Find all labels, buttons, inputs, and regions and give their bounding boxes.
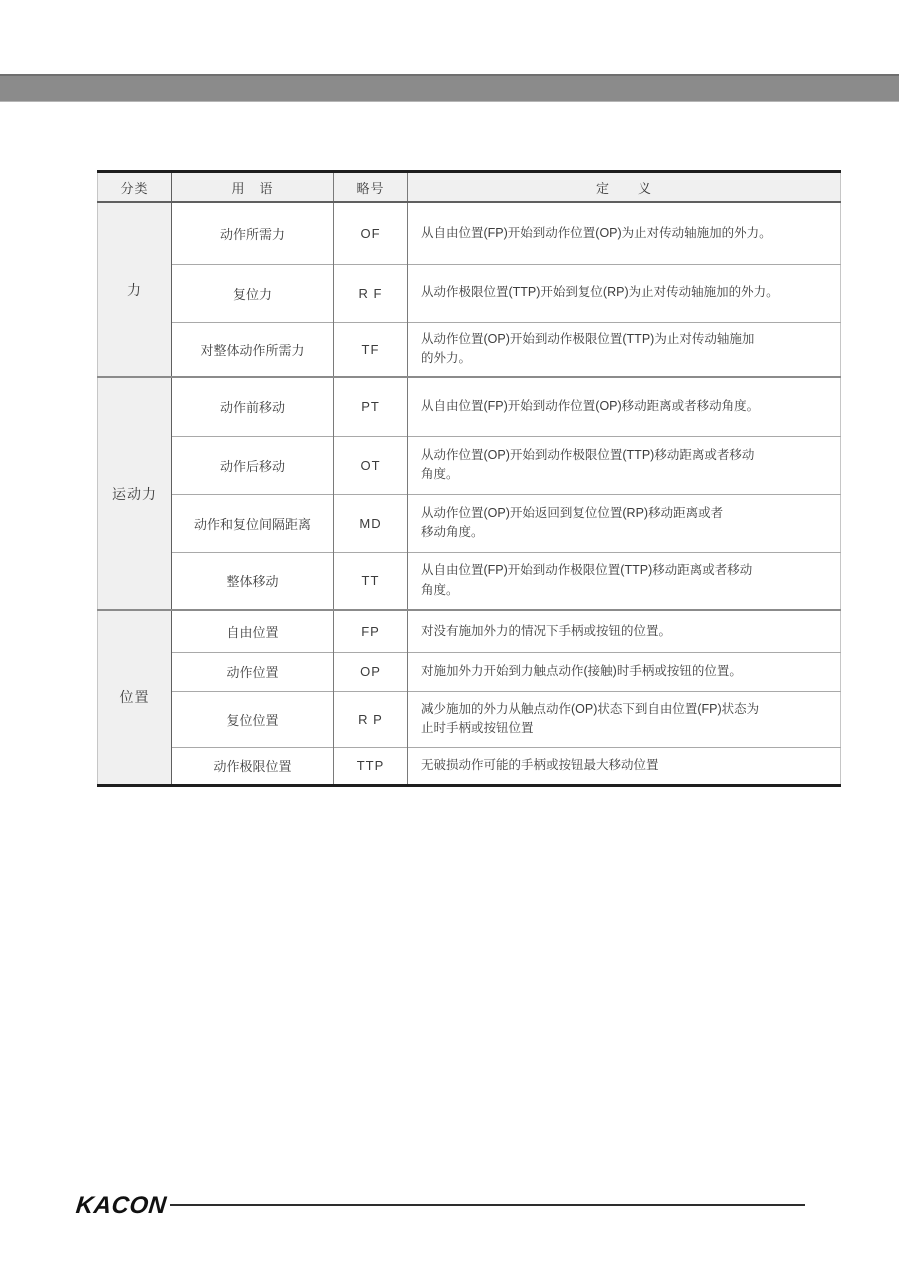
definition-cell: 从动作位置(OP)开始到动作极限位置(TTP)为止对传动轴施加 的外力。: [408, 322, 841, 377]
definition-cell: 从自由位置(FP)开始到动作位置(OP)为止对传动轴施加的外力。: [408, 202, 841, 264]
col-header-definition: 定 义: [408, 172, 841, 203]
definition-cell: 对没有施加外力的情况下手柄或按钮的位置。: [408, 610, 841, 652]
category-cell-position: 位置: [98, 610, 172, 785]
table-row: 动作和复位间隔距离 MD 从动作位置(OP)开始返回到复位位置(RP)移动距离或…: [98, 494, 841, 552]
definition-cell: 无破损动作可能的手柄或按钮最大移动位置: [408, 747, 841, 785]
term-cell: 复位位置: [172, 691, 334, 747]
kacon-logo: KACON: [75, 1192, 168, 1220]
term-cell: 整体移动: [172, 552, 334, 610]
category-cell-movement: 运动力: [98, 377, 172, 610]
table-row: 对整体动作所需力 TF 从动作位置(OP)开始到动作极限位置(TTP)为止对传动…: [98, 322, 841, 377]
category-cell-force: 力: [98, 202, 172, 377]
abbr-cell: FP: [334, 610, 408, 652]
definition-cell: 从动作位置(OP)开始返回到复位位置(RP)移动距离或者 移动角度。: [408, 494, 841, 552]
col-header-category: 分类: [98, 172, 172, 203]
table-row: 运动力 动作前移动 PT 从自由位置(FP)开始到动作位置(OP)移动距离或者移…: [98, 377, 841, 436]
abbr-cell: OF: [334, 202, 408, 264]
abbr-cell: PT: [334, 377, 408, 436]
definition-cell: 从动作极限位置(TTP)开始到复位(RP)为止对传动轴施加的外力。: [408, 264, 841, 322]
abbr-cell: OP: [334, 652, 408, 691]
abbr-cell: MD: [334, 494, 408, 552]
term-cell: 动作极限位置: [172, 747, 334, 785]
abbr-cell: R F: [334, 264, 408, 322]
col-header-abbr: 略号: [334, 172, 408, 203]
table-row: 力 动作所需力 OF 从自由位置(FP)开始到动作位置(OP)为止对传动轴施加的…: [98, 202, 841, 264]
table-header-row: 分类 用 语 略号 定 义: [98, 172, 841, 203]
definition-cell: 减少施加的外力从触点动作(OP)状态下到自由位置(FP)状态为 止时手柄或按钮位…: [408, 691, 841, 747]
abbr-cell: R P: [334, 691, 408, 747]
term-cell: 动作位置: [172, 652, 334, 691]
term-cell: 对整体动作所需力: [172, 322, 334, 377]
definition-cell: 对施加外力开始到力触点动作(接触)时手柄或按钮的位置。: [408, 652, 841, 691]
table-row: 动作后移动 OT 从动作位置(OP)开始到动作极限位置(TTP)移动距离或者移动…: [98, 436, 841, 494]
abbr-cell: OT: [334, 436, 408, 494]
table-row: 动作位置 OP 对施加外力开始到力触点动作(接触)时手柄或按钮的位置。: [98, 652, 841, 691]
term-cell: 复位力: [172, 264, 334, 322]
term-cell: 动作所需力: [172, 202, 334, 264]
definition-cell: 从自由位置(FP)开始到动作位置(OP)移动距离或者移动角度。: [408, 377, 841, 436]
abbr-cell: TF: [334, 322, 408, 377]
term-cell: 自由位置: [172, 610, 334, 652]
term-cell: 动作前移动: [172, 377, 334, 436]
definition-cell: 从动作位置(OP)开始到动作极限位置(TTP)移动距离或者移动 角度。: [408, 436, 841, 494]
table-row: 复位位置 R P 减少施加的外力从触点动作(OP)状态下到自由位置(FP)状态为…: [98, 691, 841, 747]
section-header-bar: [0, 74, 899, 102]
col-header-term: 用 语: [172, 172, 334, 203]
definition-cell: 从自由位置(FP)开始到动作极限位置(TTP)移动距离或者移动 角度。: [408, 552, 841, 610]
terminology-table: 分类 用 语 略号 定 义 力 动作所需力 OF 从自由位置(FP)开始到动作位…: [97, 170, 841, 787]
table-row: 位置 自由位置 FP 对没有施加外力的情况下手柄或按钮的位置。: [98, 610, 841, 652]
table-row: 复位力 R F 从动作极限位置(TTP)开始到复位(RP)为止对传动轴施加的外力…: [98, 264, 841, 322]
term-cell: 动作和复位间隔距离: [172, 494, 334, 552]
abbr-cell: TTP: [334, 747, 408, 785]
catalog-page: 分类 用 语 略号 定 义 力 动作所需力 OF 从自由位置(FP)开始到动作位…: [0, 0, 899, 1265]
table-row: 整体移动 TT 从自由位置(FP)开始到动作极限位置(TTP)移动距离或者移动 …: [98, 552, 841, 610]
table-row: 动作极限位置 TTP 无破损动作可能的手柄或按钮最大移动位置: [98, 747, 841, 785]
footer-rule: [170, 1204, 805, 1206]
abbr-cell: TT: [334, 552, 408, 610]
term-cell: 动作后移动: [172, 436, 334, 494]
